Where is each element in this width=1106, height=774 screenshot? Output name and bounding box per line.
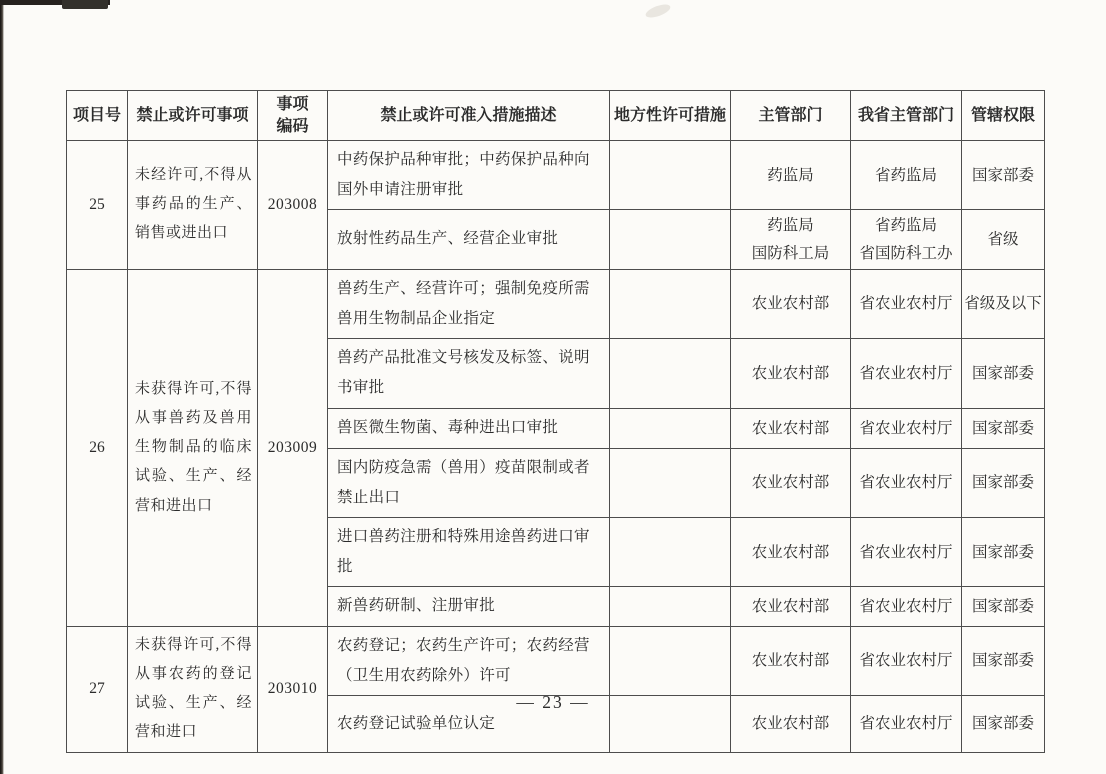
dept-cell: 农业农村部: [731, 448, 851, 517]
province-dept-line: 省药监局: [853, 212, 959, 239]
column-header-matter: 禁止或许可事项: [128, 91, 258, 141]
local-measure-cell: [610, 269, 731, 338]
authority-cell: 省级: [962, 210, 1045, 269]
measure-desc-cell: 国内防疫急需（兽用）疫苗限制或者禁止出口: [328, 448, 610, 517]
province-dept-cell: 省农业农村厅: [851, 408, 962, 448]
scanned-document-page: 项目号 禁止或许可事项 事项 编码 禁止或许可准入措施描述 地方性许可措施 主管…: [0, 0, 1106, 774]
province-dept-line: 省药监局: [853, 162, 959, 189]
column-header-code: 事项 编码: [258, 91, 328, 141]
matter-cell: 未经许可,不得从事药品的生产、销售或进出口: [128, 141, 258, 270]
measure-desc-cell: 放射性药品生产、经营企业审批: [328, 210, 610, 269]
access-measures-table: 项目号 禁止或许可事项 事项 编码 禁止或许可准入措施描述 地方性许可措施 主管…: [66, 90, 1045, 753]
measure-desc-cell: 进口兽药注册和特殊用途兽药进口审批: [328, 518, 610, 587]
authority-cell: 国家部委: [962, 626, 1045, 696]
scan-smudge-artifact: [644, 2, 672, 20]
table-row: 27 未获得许可,不得从事农药的登记试验、生产、经营和进口 203010 农药登…: [67, 626, 1045, 696]
code-cell: 203008: [258, 141, 328, 270]
dept-cell: 药监局: [731, 141, 851, 210]
column-header-item-no: 项目号: [67, 91, 128, 141]
local-measure-cell: [610, 408, 731, 448]
authority-cell: 国家部委: [962, 339, 1045, 408]
measure-desc-cell: 农药登记；农药生产许可；农药经营（卫生用农药除外）许可: [328, 626, 610, 696]
province-dept-cell: 省药监局: [851, 141, 962, 210]
province-dept-line: 省农业农村厅: [853, 469, 959, 496]
table-header-row: 项目号 禁止或许可事项 事项 编码 禁止或许可准入措施描述 地方性许可措施 主管…: [67, 91, 1045, 141]
province-dept-line: 省农业农村厅: [853, 593, 959, 620]
column-header-province-dept: 我省主管部门: [851, 91, 962, 141]
province-dept-cell: 省药监局省国防科工办: [851, 210, 962, 269]
province-dept-cell: 省农业农村厅: [851, 448, 962, 517]
province-dept-line: 省农业农村厅: [853, 290, 959, 317]
dept-line: 农业农村部: [733, 360, 848, 387]
authority-cell: 国家部委: [962, 448, 1045, 517]
dept-cell: 农业农村部: [731, 626, 851, 696]
authority-cell: 国家部委: [962, 587, 1045, 626]
dept-cell: 农业农村部: [731, 587, 851, 626]
province-dept-cell: 省农业农村厅: [851, 518, 962, 587]
province-dept-cell: 省农业农村厅: [851, 269, 962, 338]
local-measure-cell: [610, 518, 731, 587]
authority-cell: 国家部委: [962, 141, 1045, 210]
dept-line: 农业农村部: [733, 290, 848, 317]
dept-cell: 药监局国防科工局: [731, 210, 851, 269]
matter-cell: 未获得许可,不得从事兽药及兽用生物制品的临床试验、生产、经营和进出口: [128, 269, 258, 626]
dept-cell: 农业农村部: [731, 408, 851, 448]
dept-line: 农业农村部: [733, 469, 848, 496]
scan-edge-top-mark-artifact: [62, 0, 108, 9]
dept-line: 农业农村部: [733, 710, 848, 737]
authority-cell: 省级及以下: [962, 269, 1045, 338]
table-row: 26 未获得许可,不得从事兽药及兽用生物制品的临床试验、生产、经营和进出口 20…: [67, 269, 1045, 338]
province-dept-line: 省农业农村厅: [853, 647, 959, 674]
measure-desc-cell: 新兽药研制、注册审批: [328, 587, 610, 626]
local-measure-cell: [610, 339, 731, 408]
dept-line: 农业农村部: [733, 593, 848, 620]
local-measure-cell: [610, 587, 731, 626]
item-no-cell: 26: [67, 269, 128, 626]
matter-cell: 未获得许可,不得从事农药的登记试验、生产、经营和进口: [128, 626, 258, 752]
dept-cell: 农业农村部: [731, 269, 851, 338]
dept-line: 国防科工局: [733, 240, 848, 267]
code-cell: 203010: [258, 626, 328, 752]
measure-desc-cell: 中药保护品种审批；中药保护品种向国外申请注册审批: [328, 141, 610, 210]
column-header-measure-desc: 禁止或许可准入措施描述: [328, 91, 610, 141]
column-header-dept: 主管部门: [731, 91, 851, 141]
local-measure-cell: [610, 448, 731, 517]
column-header-local-measure: 地方性许可措施: [610, 91, 731, 141]
local-measure-cell: [610, 626, 731, 696]
code-cell: 203009: [258, 269, 328, 626]
item-no-cell: 27: [67, 626, 128, 752]
dept-line: 农业农村部: [733, 539, 848, 566]
province-dept-line: 省农业农村厅: [853, 710, 959, 737]
column-header-authority: 管辖权限: [962, 91, 1045, 141]
measure-desc-cell: 兽药产品批准文号核发及标签、说明书审批: [328, 339, 610, 408]
dept-line: 药监局: [733, 162, 848, 189]
dept-line: 农业农村部: [733, 647, 848, 674]
dept-line: 农业农村部: [733, 415, 848, 442]
province-dept-cell: 省农业农村厅: [851, 626, 962, 696]
local-measure-cell: [610, 210, 731, 269]
province-dept-cell: 省农业农村厅: [851, 587, 962, 626]
province-dept-line: 省农业农村厅: [853, 539, 959, 566]
authority-cell: 国家部委: [962, 518, 1045, 587]
authority-cell: 国家部委: [962, 408, 1045, 448]
dept-cell: 农业农村部: [731, 518, 851, 587]
measure-desc-cell: 兽药生产、经营许可；强制免疫所需兽用生物制品企业指定: [328, 269, 610, 338]
table-row: 25 未经许可,不得从事药品的生产、销售或进出口 203008 中药保护品种审批…: [67, 141, 1045, 210]
dept-cell: 农业农村部: [731, 339, 851, 408]
province-dept-line: 省农业农村厅: [853, 360, 959, 387]
scan-edge-left-artifact: [0, 0, 4, 774]
local-measure-cell: [610, 141, 731, 210]
dept-line: 药监局: [733, 212, 848, 239]
province-dept-line: 省农业农村厅: [853, 415, 959, 442]
measure-desc-cell: 兽医微生物菌、毒种进出口审批: [328, 408, 610, 448]
province-dept-cell: 省农业农村厅: [851, 339, 962, 408]
province-dept-line: 省国防科工办: [853, 240, 959, 267]
page-number: — 23 —: [0, 692, 1106, 713]
item-no-cell: 25: [67, 141, 128, 270]
